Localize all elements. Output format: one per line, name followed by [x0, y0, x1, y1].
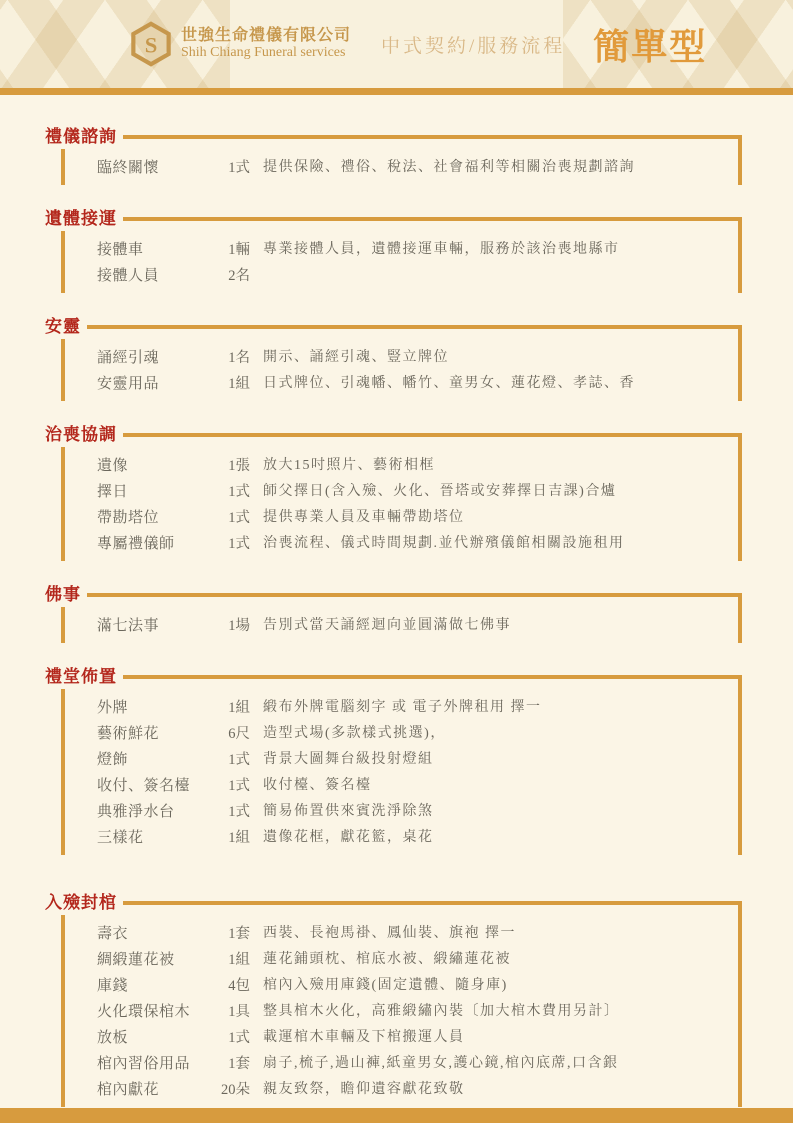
service-item-row: 擇日 1式 師父擇日(含入殮、火化、晉塔或安葬擇日吉課)合爐 [97, 477, 742, 503]
item-label: 擇日 [97, 480, 200, 501]
item-label: 收付、簽名檯 [97, 774, 200, 795]
item-quantity: 1式 [200, 1026, 250, 1047]
item-label: 綢緞蓮花被 [97, 948, 200, 969]
item-label: 臨終關懷 [97, 156, 200, 177]
item-description: 扇子,梳子,過山褲,紙童男女,護心鏡,棺內底蓆,口含銀 [263, 1052, 619, 1072]
item-description: 專業接體人員，遺體接運車輛，服務於該治喪地縣市 [263, 238, 620, 258]
item-description: 收付檯、簽名檯 [263, 774, 372, 794]
section-body: 滿七法事 1場 告別式當天誦經迴向並圓滿做七佛事 [61, 607, 742, 643]
company-name-en: Shih Chiang Funeral services [181, 45, 351, 61]
item-quantity: 1組 [200, 372, 250, 393]
section-body: 臨終關懷 1式 提供保險、禮俗、稅法、社會福利等相關治喪規劃諮詢 [61, 149, 742, 185]
item-label: 接體車 [97, 238, 200, 259]
item-quantity: 1式 [200, 506, 250, 527]
item-description: 背景大圖舞台級投射燈組 [263, 748, 434, 768]
service-item-row: 綢緞蓮花被 1組 蓮花鋪頭枕、棺底水被、緞繡蓮花被 [97, 945, 742, 971]
item-description: 緞布外牌電腦刻字 或 電子外牌租用 擇一 [263, 696, 542, 716]
section-rule [123, 675, 742, 679]
item-quantity: 1式 [200, 800, 250, 821]
service-item-row: 滿七法事 1場 告別式當天誦經迴向並圓滿做七佛事 [97, 611, 742, 637]
document-subtitle: 中式契約/服務流程 [381, 31, 565, 58]
service-item-row: 誦經引魂 1名 開示、誦經引魂、豎立牌位 [97, 343, 742, 369]
service-item-row: 接體車 1輛 專業接體人員，遺體接運車輛，服務於該治喪地縣市 [97, 235, 742, 261]
item-label: 棺內習俗用品 [97, 1052, 200, 1073]
item-label: 藝術鮮花 [97, 722, 200, 743]
section-title: 佛事 [45, 583, 81, 607]
item-description: 棺內入殮用庫錢(固定遺體、隨身庫) [263, 974, 508, 994]
service-section: 治喪協調 遺像 1張 放大15吋照片、藝術相框 擇日 1式 師父擇日(含入殮、火… [45, 423, 742, 561]
item-quantity: 1輛 [200, 238, 250, 259]
service-item-row: 棺內習俗用品 1套 扇子,梳子,過山褲,紙童男女,護心鏡,棺內底蓆,口含銀 [97, 1049, 742, 1075]
section-body: 外牌 1組 緞布外牌電腦刻字 或 電子外牌租用 擇一 藝術鮮花 6尺 造型式場(… [61, 689, 742, 855]
item-label: 帶勘塔位 [97, 506, 200, 527]
item-label: 典雅淨水台 [97, 800, 200, 821]
page-header: S 世強生命禮儀有限公司 Shih Chiang Funeral service… [0, 0, 793, 88]
item-description: 簡易佈置供來賓洗淨除煞 [263, 800, 434, 820]
item-description: 提供專業人員及車輛帶勘塔位 [263, 506, 465, 526]
section-title: 禮堂佈置 [45, 665, 117, 689]
service-item-row: 帶勘塔位 1式 提供專業人員及車輛帶勘塔位 [97, 503, 742, 529]
item-label: 壽衣 [97, 922, 200, 943]
section-rule [123, 901, 742, 905]
footer-bar [0, 1108, 793, 1123]
section-body: 遺像 1張 放大15吋照片、藝術相框 擇日 1式 師父擇日(含入殮、火化、晉塔或… [61, 447, 742, 561]
item-label: 安靈用品 [97, 372, 200, 393]
item-quantity: 1組 [200, 948, 250, 969]
section-rule [123, 433, 742, 437]
section-title: 禮儀諮詢 [45, 125, 117, 149]
item-description: 遺像花框，獻花籃，桌花 [263, 826, 434, 846]
item-quantity: 1式 [200, 532, 250, 553]
item-description: 告別式當天誦經迴向並圓滿做七佛事 [263, 614, 511, 634]
item-label: 接體人員 [97, 264, 200, 285]
section-header: 治喪協調 [45, 423, 742, 447]
item-quantity: 20朵 [200, 1078, 250, 1099]
section-header: 安靈 [45, 315, 742, 339]
service-item-row: 燈飾 1式 背景大圖舞台級投射燈組 [97, 745, 742, 771]
item-label: 專屬禮儀師 [97, 532, 200, 553]
service-item-row: 三樣花 1組 遺像花框，獻花籃，桌花 [97, 823, 742, 849]
item-quantity: 1具 [200, 1000, 250, 1021]
item-description: 治喪流程、儀式時間規劃.並代辦殯儀館相關設施租用 [263, 532, 625, 552]
service-item-row: 庫錢 4包 棺內入殮用庫錢(固定遺體、隨身庫) [97, 971, 742, 997]
service-section: 禮堂佈置 外牌 1組 緞布外牌電腦刻字 或 電子外牌租用 擇一 藝術鮮花 6尺 … [45, 665, 742, 855]
item-label: 庫錢 [97, 974, 200, 995]
item-description: 親友致祭，瞻仰遺容獻花致敬 [263, 1078, 465, 1098]
item-quantity: 6尺 [200, 722, 250, 743]
section-rule [87, 325, 742, 329]
item-quantity: 1式 [200, 480, 250, 501]
service-item-row: 接體人員 2名 [97, 261, 742, 287]
item-label: 放板 [97, 1026, 200, 1047]
service-item-row: 典雅淨水台 1式 簡易佈置供來賓洗淨除煞 [97, 797, 742, 823]
service-item-row: 專屬禮儀師 1式 治喪流程、儀式時間規劃.並代辦殯儀館相關設施租用 [97, 529, 742, 555]
section-right-bar [738, 135, 742, 185]
service-item-row: 遺像 1張 放大15吋照片、藝術相框 [97, 451, 742, 477]
item-quantity: 1組 [200, 826, 250, 847]
item-description: 載運棺木車輛及下棺搬運人員 [263, 1026, 465, 1046]
section-header: 佛事 [45, 583, 742, 607]
section-header: 禮堂佈置 [45, 665, 742, 689]
section-rule [123, 217, 742, 221]
section-body: 誦經引魂 1名 開示、誦經引魂、豎立牌位 安靈用品 1組 日式牌位、引魂幡、幡竹… [61, 339, 742, 401]
service-section: 入殮封棺 壽衣 1套 西裝、長袍馬褂、鳳仙裝、旗袍 擇一 綢緞蓮花被 1組 蓮花… [45, 891, 742, 1107]
item-label: 滿七法事 [97, 614, 200, 635]
item-label: 燈飾 [97, 748, 200, 769]
service-item-row: 臨終關懷 1式 提供保險、禮俗、稅法、社會福利等相關治喪規劃諮詢 [97, 153, 742, 179]
section-body: 接體車 1輛 專業接體人員，遺體接運車輛，服務於該治喪地縣市 接體人員 2名 [61, 231, 742, 293]
service-section: 安靈 誦經引魂 1名 開示、誦經引魂、豎立牌位 安靈用品 1組 日式牌位、引魂幡… [45, 315, 742, 401]
contract-flow-page: S 世強生命禮儀有限公司 Shih Chiang Funeral service… [0, 0, 793, 1123]
item-quantity: 1名 [200, 346, 250, 367]
item-label: 火化環保棺木 [97, 1000, 200, 1021]
item-quantity: 1式 [200, 748, 250, 769]
item-label: 誦經引魂 [97, 346, 200, 367]
section-header: 禮儀諮詢 [45, 125, 742, 149]
plan-name: 簡單型 [593, 19, 707, 70]
service-item-row: 收付、簽名檯 1式 收付檯、簽名檯 [97, 771, 742, 797]
section-header: 遺體接運 [45, 207, 742, 231]
item-description: 放大15吋照片、藝術相框 [263, 454, 435, 474]
item-label: 棺內獻花 [97, 1078, 200, 1099]
service-item-row: 棺內獻花 20朵 親友致祭，瞻仰遺容獻花致敬 [97, 1075, 742, 1101]
item-quantity: 1式 [200, 156, 250, 177]
header-divider-bar [0, 88, 793, 95]
section-title: 遺體接運 [45, 207, 117, 231]
item-quantity: 1式 [200, 774, 250, 795]
company-name-block: 世強生命禮儀有限公司 Shih Chiang Funeral services [181, 27, 351, 61]
item-description: 開示、誦經引魂、豎立牌位 [263, 346, 449, 366]
section-title: 安靈 [45, 315, 81, 339]
service-item-row: 壽衣 1套 西裝、長袍馬褂、鳳仙裝、旗袍 擇一 [97, 919, 742, 945]
section-title: 入殮封棺 [45, 891, 117, 915]
item-label: 三樣花 [97, 826, 200, 847]
item-label: 遺像 [97, 454, 200, 475]
item-description: 日式牌位、引魂幡、幡竹、童男女、蓮花燈、孝誌、香 [263, 372, 635, 392]
section-right-bar [738, 675, 742, 855]
header-content: S 世強生命禮儀有限公司 Shih Chiang Funeral service… [0, 0, 793, 88]
item-quantity: 1張 [200, 454, 250, 475]
service-item-row: 安靈用品 1組 日式牌位、引魂幡、幡竹、童男女、蓮花燈、孝誌、香 [97, 369, 742, 395]
section-title: 治喪協調 [45, 423, 117, 447]
item-quantity: 1場 [200, 614, 250, 635]
item-description: 蓮花鋪頭枕、棺底水被、緞繡蓮花被 [263, 948, 511, 968]
service-section: 遺體接運 接體車 1輛 專業接體人員，遺體接運車輛，服務於該治喪地縣市 接體人員… [45, 207, 742, 293]
section-rule [123, 135, 742, 139]
section-right-bar [738, 325, 742, 401]
section-body: 壽衣 1套 西裝、長袍馬褂、鳳仙裝、旗袍 擇一 綢緞蓮花被 1組 蓮花鋪頭枕、棺… [61, 915, 742, 1107]
item-quantity: 1組 [200, 696, 250, 717]
item-description: 造型式場(多款樣式挑選)， [263, 722, 446, 742]
section-right-bar [738, 901, 742, 1107]
section-header: 入殮封棺 [45, 891, 742, 915]
service-item-row: 藝術鮮花 6尺 造型式場(多款樣式挑選)， [97, 719, 742, 745]
item-description: 西裝、長袍馬褂、鳳仙裝、旗袍 擇一 [263, 922, 516, 942]
item-quantity: 1套 [200, 1052, 250, 1073]
section-right-bar [738, 593, 742, 643]
item-quantity: 4包 [200, 974, 250, 995]
item-label: 外牌 [97, 696, 200, 717]
sections: 禮儀諮詢 臨終關懷 1式 提供保險、禮俗、稅法、社會福利等相關治喪規劃諮詢 遺體… [0, 95, 793, 1107]
company-name-zh: 世強生命禮儀有限公司 [181, 27, 351, 45]
section-right-bar [738, 433, 742, 561]
service-section: 佛事 滿七法事 1場 告別式當天誦經迴向並圓滿做七佛事 [45, 583, 742, 643]
item-quantity: 2名 [200, 264, 250, 285]
item-quantity: 1套 [200, 922, 250, 943]
service-item-row: 放板 1式 載運棺木車輛及下棺搬運人員 [97, 1023, 742, 1049]
section-right-bar [738, 217, 742, 293]
service-section: 禮儀諮詢 臨終關懷 1式 提供保險、禮俗、稅法、社會福利等相關治喪規劃諮詢 [45, 125, 742, 185]
company-logo-hexagon-s-icon: S [130, 21, 172, 67]
item-description: 提供保險、禮俗、稅法、社會福利等相關治喪規劃諮詢 [263, 156, 635, 176]
service-item-row: 火化環保棺木 1具 整具棺木火化，高雅緞繡內裝〔加大棺木費用另計〕 [97, 997, 742, 1023]
section-rule [87, 593, 742, 597]
item-description: 師父擇日(含入殮、火化、晉塔或安葬擇日吉課)合爐 [263, 480, 616, 500]
service-item-row: 外牌 1組 緞布外牌電腦刻字 或 電子外牌租用 擇一 [97, 693, 742, 719]
item-description: 整具棺木火化，高雅緞繡內裝〔加大棺木費用另計〕 [263, 1000, 620, 1020]
svg-text:S: S [145, 32, 158, 57]
